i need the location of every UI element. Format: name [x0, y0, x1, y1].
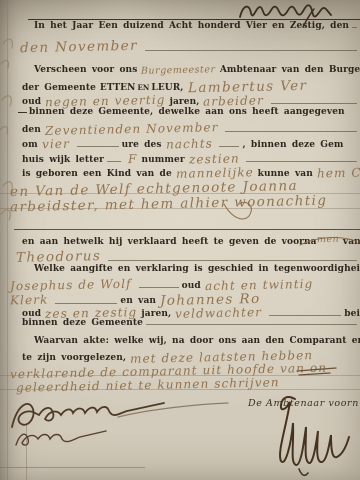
binnen-gem-label: , binnen deze Gem	[242, 140, 343, 150]
blank-line	[108, 258, 357, 261]
om-label: om	[22, 140, 38, 150]
waarvan-akte-text: Waarvan akte: welke wij, na door ons aan…	[34, 336, 360, 346]
blank-line	[271, 101, 357, 104]
line-house-number: huis wijk letter F nummer zestien	[22, 151, 360, 165]
blank-line	[352, 25, 357, 28]
line-closing-2: verklarende de comparant uit hoofde van …	[6, 363, 360, 377]
line-binnen-gemeente-2: binnen deze Gemeente	[22, 318, 360, 328]
capacity-handwriting: Burgemeester	[141, 64, 216, 77]
line-waarvan-akte: Waarvan akte: welke wij, na door ons aan…	[34, 336, 360, 346]
blank-line	[246, 159, 357, 162]
blank-line	[77, 144, 119, 147]
binnen-gemeente-text: binnen deze Gemeente	[22, 318, 143, 328]
ambtenaar-text: Ambtenaar van den Burgerl	[220, 65, 360, 75]
line-mother-occupation: arbeidster, met hem alhier woonachtig	[6, 195, 360, 211]
oud-label-w1: oud	[182, 281, 201, 291]
line-registration-date: den November	[16, 38, 360, 54]
registration-date-handwriting: den November	[20, 38, 138, 56]
blank-line	[55, 301, 117, 304]
ure-des-label: ure des	[122, 140, 162, 150]
nummer-label: nummer	[141, 155, 184, 165]
line-closing-3: geleerdheid niet te kunnen schrijven	[12, 377, 360, 391]
binnen-text: binnen deze Gemeente, dewelke aan ons he…	[29, 107, 345, 117]
line-birth-hour: om vier ure des nachts , binnen deze Gem	[22, 136, 360, 150]
mother-occupation-handwriting: arbeidster, met hem alhier woonachtig	[10, 193, 328, 216]
closing-handwriting-3: geleerdheid niet te kunnen schrijven	[16, 375, 280, 395]
bottom-partial-line	[0, 467, 145, 468]
witness-intro-text: Welke aangifte en verklaring is geschied…	[34, 264, 360, 274]
jaren-label: jaren,	[170, 97, 200, 107]
line-birth-date: den Zeventienden November	[22, 121, 360, 135]
oud-label: oud	[22, 97, 41, 107]
gemeente-name-en: EN	[137, 83, 149, 92]
line-year: In het Jaar Een duizend Acht honderd Vie…	[34, 21, 360, 31]
gemeente-name-etten: ETTEN	[100, 83, 136, 93]
blank-line	[139, 285, 179, 288]
line-binnen-gemeente: binnen deze Gemeente, dewelke aan ons he…	[18, 107, 360, 117]
blank-line	[146, 322, 357, 325]
verscheen-text: Verscheen voor ons	[34, 65, 137, 75]
line-declarant-age: oud negen en veertig jaren, arbeider	[22, 93, 360, 107]
line-witness1: Josephus de Wolf oud acht en twintig	[6, 277, 360, 291]
line-gemeente: der Gemeente ETTEN EN LEUR, Lambertus Ve…	[22, 78, 360, 94]
line-ambtenaar-signature-label: De Ambtenaar voorn	[248, 398, 360, 409]
naming-text: en aan hetwelk hij verklaard heeft te ge…	[22, 237, 317, 247]
parent-handwriting: hem C	[317, 166, 360, 181]
blank-line	[107, 159, 121, 162]
van-label: van	[343, 237, 360, 247]
gemeente-name-leur: LEUR,	[151, 83, 183, 93]
blank-line	[225, 129, 357, 132]
lower-margin-line	[26, 423, 27, 480]
hour-handwriting: vier	[42, 137, 70, 152]
line-verscheen: Verscheen voor ons Burgemeester Ambtenaa…	[34, 64, 360, 75]
daypart-handwriting: nachts	[165, 137, 212, 152]
blank-line	[269, 313, 341, 316]
left-margin-line	[7, 0, 8, 480]
line-child-gender: is geboren een Kind van de mannelijke ku…	[22, 165, 360, 179]
line-witness-intro: Welke aangifte en verklaring is geschied…	[34, 264, 360, 274]
top-flourish-scribble	[240, 5, 331, 17]
witness2-signature	[16, 431, 106, 445]
kind-label: is geboren een Kind van de	[22, 169, 172, 179]
wijk-letter-handwriting: F	[128, 152, 138, 166]
line-witness2-age: oud zes en zestig jaren, veldwachter bei	[22, 305, 360, 319]
voorgelezen-text: te zijn voorgelezen,	[22, 353, 126, 363]
voornamen-suffix-handwriting: men	[316, 234, 338, 245]
line-naming: en aan hetwelk hij verklaard heeft te ge…	[22, 236, 360, 247]
year-text: In het Jaar Een duizend Acht honderd Vie…	[34, 21, 349, 31]
top-rule-line	[28, 19, 360, 20]
birth-record-page: In het Jaar Een duizend Acht honderd Vie…	[0, 0, 360, 480]
line-child-name: Theodorus	[12, 248, 360, 264]
witness1-signature-underline	[118, 403, 228, 417]
official-signature-tick	[299, 469, 308, 475]
pen-dash-mark	[18, 112, 27, 113]
gemeente-label: der Gemeente	[22, 83, 96, 93]
blank-line	[219, 144, 239, 147]
huis-wijk-label: huis wijk letter	[22, 155, 104, 165]
section-divider-line	[14, 229, 360, 230]
ambtenaar-label-text: De Ambtenaar voorn	[248, 398, 359, 409]
den-label: den	[22, 125, 41, 135]
witness1-signature	[12, 403, 164, 427]
blank-line	[145, 48, 357, 51]
